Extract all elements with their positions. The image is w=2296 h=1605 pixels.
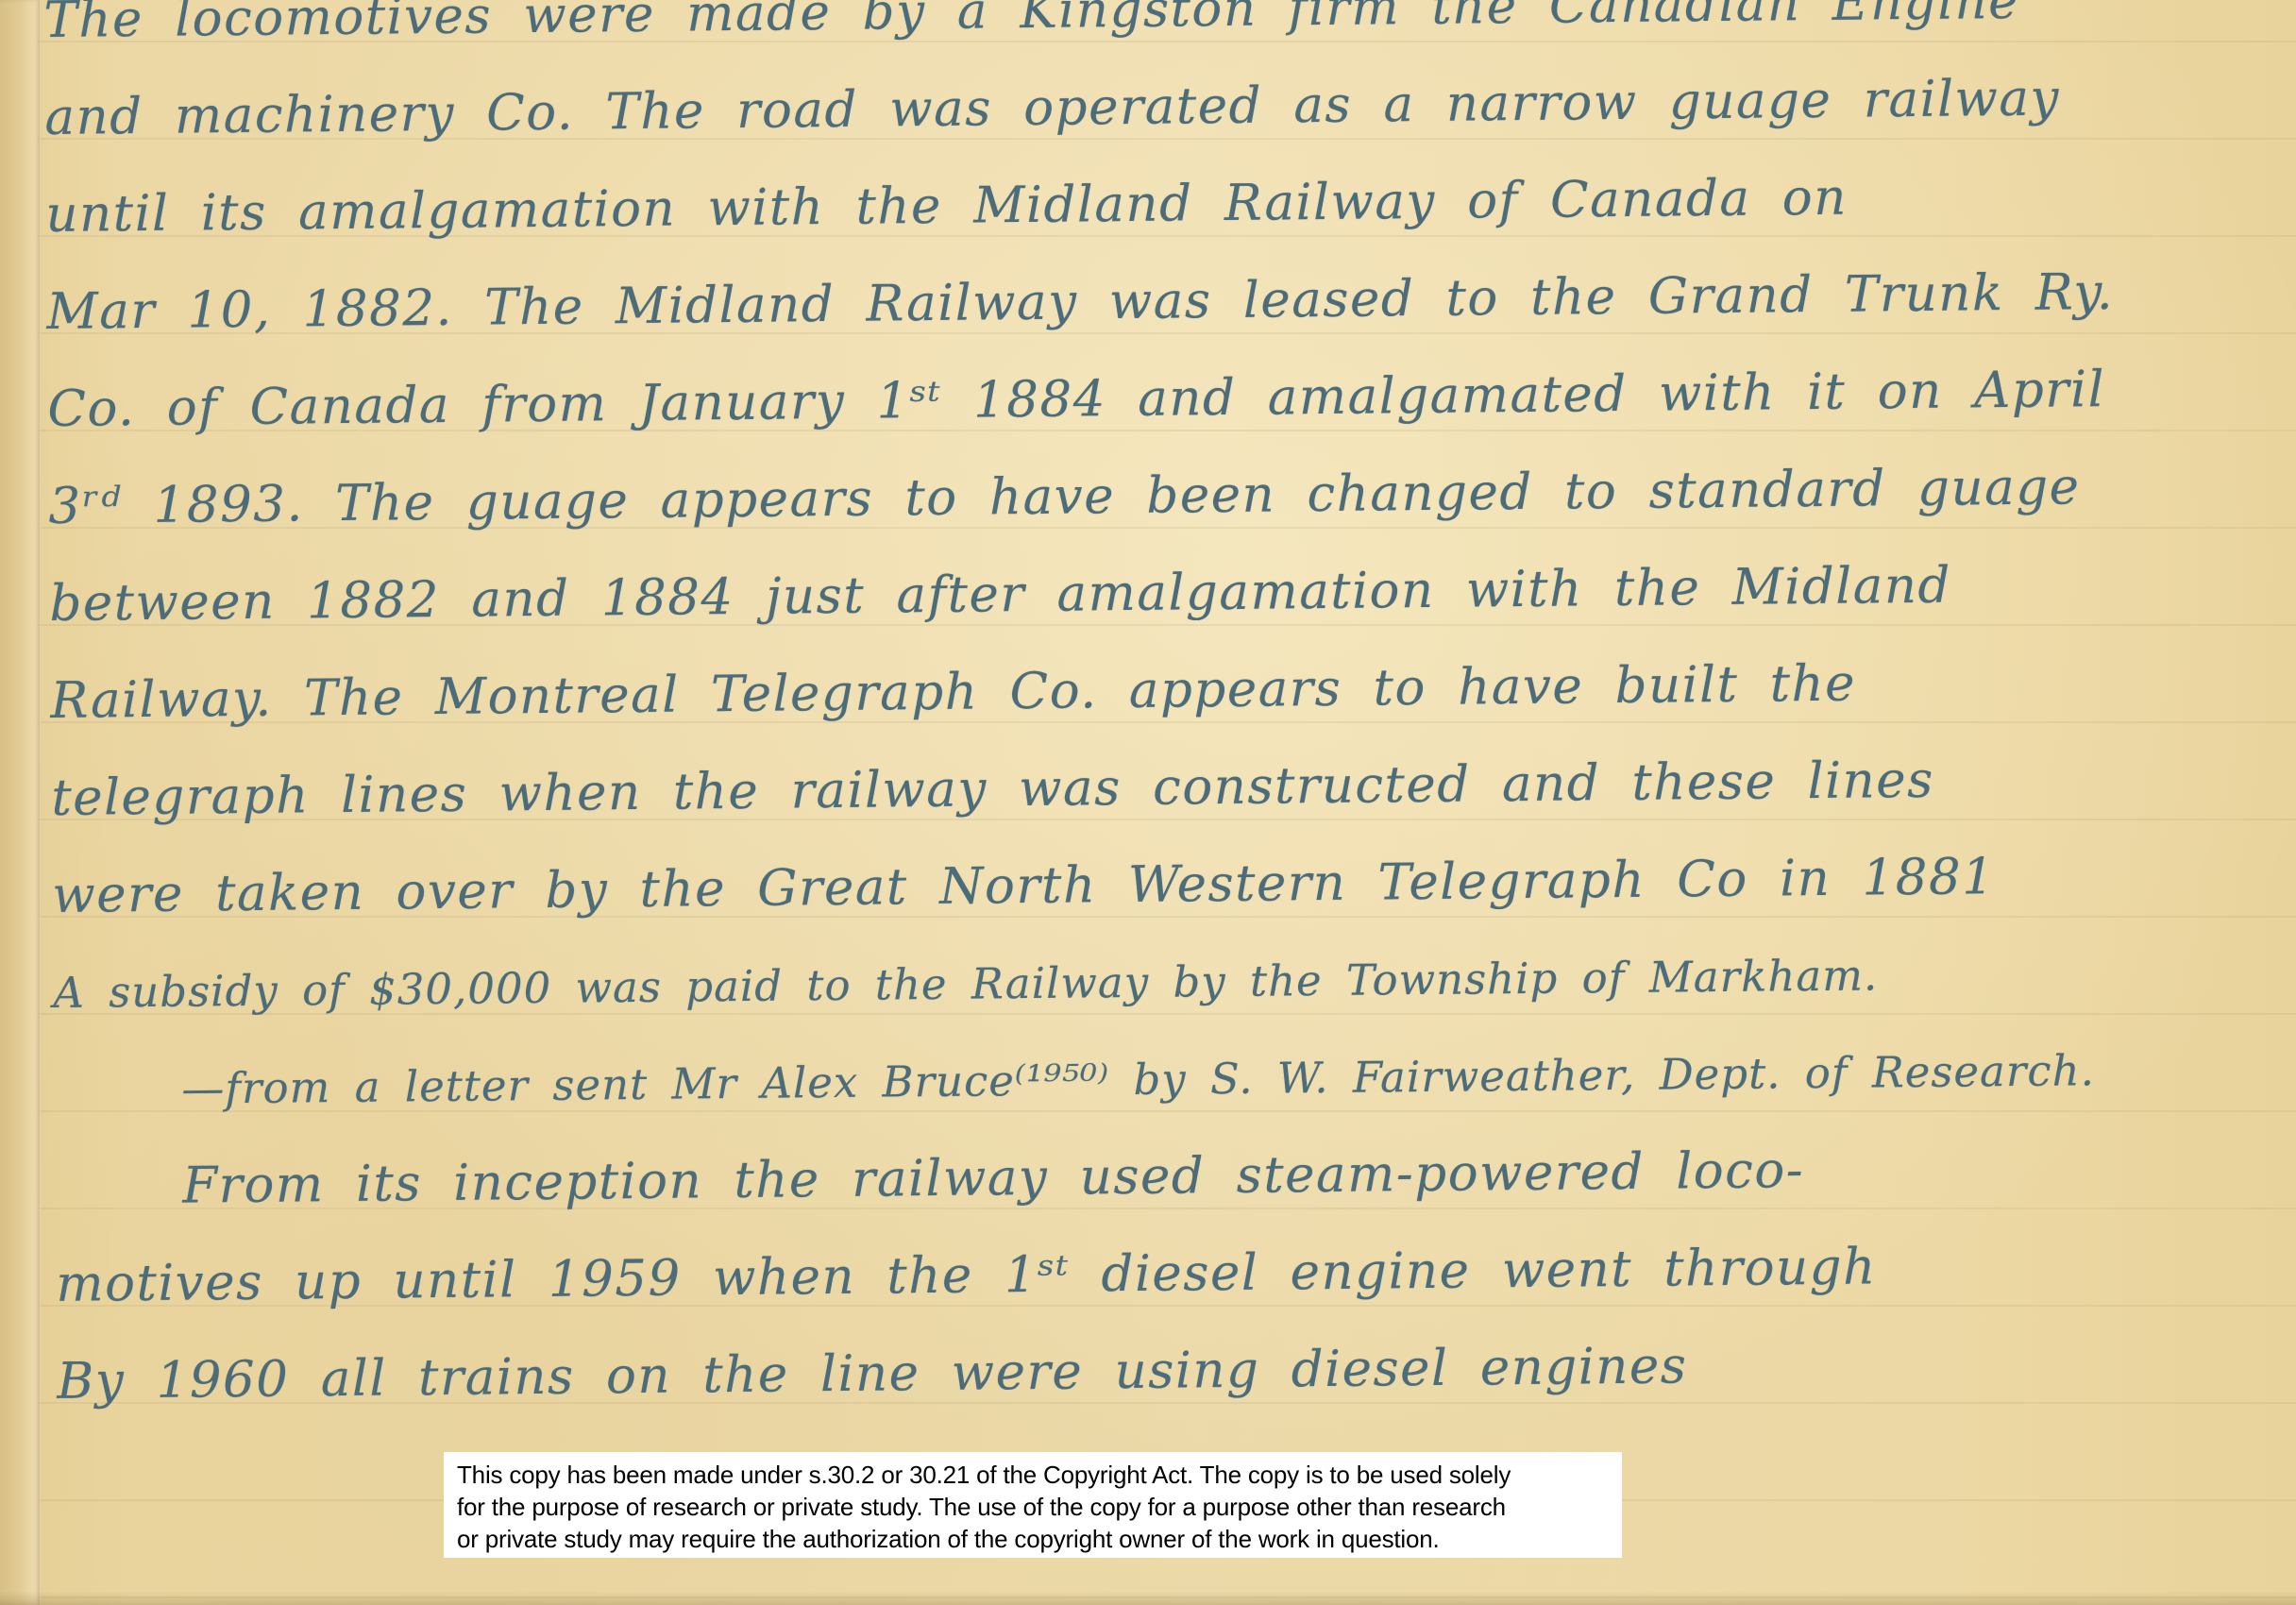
- copyright-notice-box: This copy has been made under s.30.2 or …: [444, 1452, 1622, 1558]
- copyright-notice-line: This copy has been made under s.30.2 or …: [457, 1459, 1609, 1491]
- page-left-edge-shadow: [0, 0, 41, 1605]
- copyright-notice-line: or private study may require the authori…: [457, 1523, 1609, 1555]
- page-bottom-edge-shadow: [0, 1592, 2296, 1605]
- copyright-notice-line: for the purpose of research or private s…: [457, 1491, 1609, 1523]
- handwritten-text-block: The locomotives were made by a Kingston …: [43, 0, 2295, 1430]
